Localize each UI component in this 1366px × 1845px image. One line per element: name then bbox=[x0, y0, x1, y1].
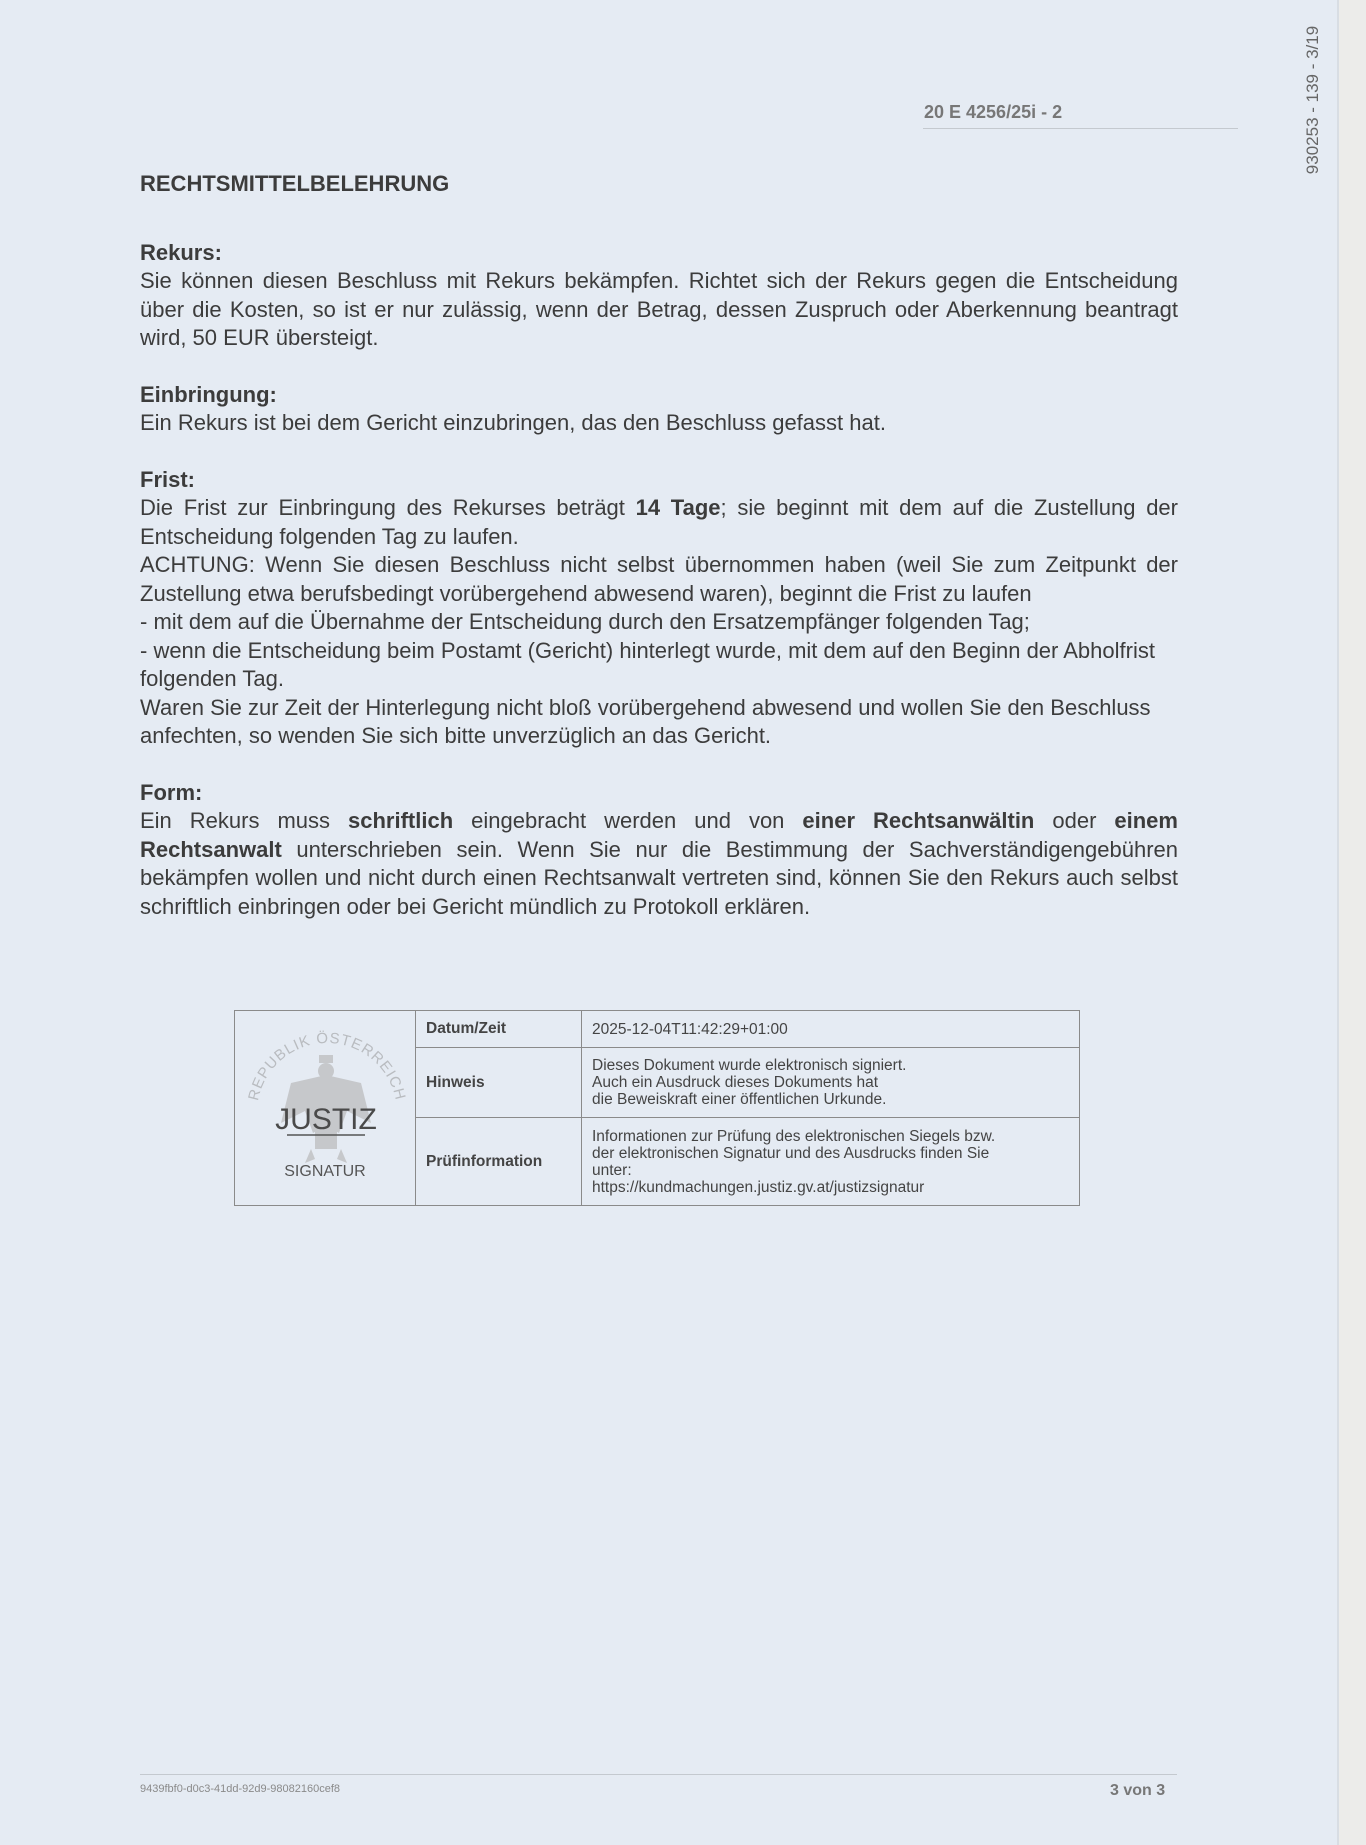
signature-block: REPUBLIK ÖSTERREICH JUSTIZ SIGNATUR bbox=[234, 1010, 1080, 1206]
section-heading: Rekurs: bbox=[140, 239, 1178, 268]
value-line: der elektronischen Signatur und des Ausd… bbox=[592, 1145, 1069, 1162]
justiz-seal: REPUBLIK ÖSTERREICH JUSTIZ SIGNATUR bbox=[235, 1011, 416, 1206]
bullet-item: - mit dem auf die Übernahme der Entschei… bbox=[140, 608, 1178, 637]
value-line: 2025-12-04T11:42:29+01:00 bbox=[592, 1021, 1069, 1038]
seal-main-text: JUSTIZ bbox=[275, 1103, 377, 1136]
frist-duration: 14 Tage bbox=[636, 495, 721, 520]
frist-paragraph: Die Frist zur Einbringung des Rekurses b… bbox=[140, 494, 1178, 551]
section-form: Form: Ein Rekurs muss schriftlich eingeb… bbox=[140, 779, 1178, 922]
text-run: unterschrieben sein. Wenn Sie nur die Be… bbox=[140, 837, 1178, 919]
emphasis: einer Rechtsanwältin bbox=[802, 808, 1034, 833]
header-divider bbox=[923, 128, 1238, 129]
side-stamp: 930253 - 139 - 3/19 bbox=[1303, 26, 1323, 174]
sig-key-hinweis: Hinweis bbox=[416, 1048, 582, 1118]
value-line: Dieses Dokument wurde elektronisch signi… bbox=[592, 1057, 1069, 1074]
sig-key-datetime: Datum/Zeit bbox=[416, 1011, 582, 1048]
footer-divider bbox=[140, 1774, 1177, 1775]
section-heading: Form: bbox=[140, 779, 1178, 808]
form-paragraph: Ein Rekurs muss schriftlich eingebracht … bbox=[140, 807, 1178, 921]
text-run: eingebracht werden und von bbox=[453, 808, 802, 833]
document-page: 930253 - 139 - 3/19 20 E 4256/25i - 2 RE… bbox=[0, 0, 1337, 1845]
page-indicator: 3 von 3 bbox=[1110, 1782, 1165, 1800]
seal-sub-text: SIGNATUR bbox=[235, 1163, 415, 1181]
section-text: Ein Rekurs ist bei dem Gericht einzubrin… bbox=[140, 409, 1178, 438]
section-heading: Einbringung: bbox=[140, 381, 1178, 410]
paper-edge bbox=[1337, 0, 1366, 1845]
document-body: RECHTSMITTELBELEHRUNG Rekurs: Sie können… bbox=[140, 170, 1178, 949]
text-run: Die Frist zur Einbringung des Rekurses b… bbox=[140, 495, 636, 520]
sig-value-pruefinformation: Informationen zur Prüfung des elektronis… bbox=[582, 1118, 1080, 1206]
section-text: Sie können diesen Beschluss mit Rekurs b… bbox=[140, 267, 1178, 353]
achtung-text: ACHTUNG: Wenn Sie diesen Beschluss nicht… bbox=[140, 551, 1178, 608]
value-line: Auch ein Ausdruck dieses Dokuments hat bbox=[592, 1074, 1069, 1091]
section-einbringung: Einbringung: Ein Rekurs ist bei dem Geri… bbox=[140, 381, 1178, 438]
case-reference: 20 E 4256/25i - 2 bbox=[924, 102, 1062, 123]
closing-text: Waren Sie zur Zeit der Hinterlegung nich… bbox=[140, 694, 1178, 751]
sig-key-pruefinformation: Prüfinformation bbox=[416, 1118, 582, 1206]
page-title: RECHTSMITTELBELEHRUNG bbox=[140, 170, 1178, 199]
section-heading: Frist: bbox=[140, 466, 1178, 495]
bullet-item: - wenn die Entscheidung beim Postamt (Ge… bbox=[140, 637, 1178, 694]
text-run: Ein Rekurs muss bbox=[140, 808, 348, 833]
emphasis: schriftlich bbox=[348, 808, 453, 833]
text-run: oder bbox=[1034, 808, 1114, 833]
value-line: unter: bbox=[592, 1162, 1069, 1179]
section-frist: Frist: Die Frist zur Einbringung des Rek… bbox=[140, 466, 1178, 751]
value-line: die Beweiskraft einer öffentlichen Urkun… bbox=[592, 1091, 1069, 1108]
verification-url[interactable]: https://kundmachungen.justiz.gv.at/justi… bbox=[592, 1179, 1069, 1196]
value-line: Informationen zur Prüfung des elektronis… bbox=[592, 1128, 1069, 1145]
section-rekurs: Rekurs: Sie können diesen Beschluss mit … bbox=[140, 239, 1178, 353]
sig-value-datetime: 2025-12-04T11:42:29+01:00 bbox=[582, 1011, 1080, 1048]
document-id: 9439fbf0-d0c3-41dd-92d9-98082160cef8 bbox=[140, 1783, 340, 1795]
sig-value-hinweis: Dieses Dokument wurde elektronisch signi… bbox=[582, 1048, 1080, 1118]
